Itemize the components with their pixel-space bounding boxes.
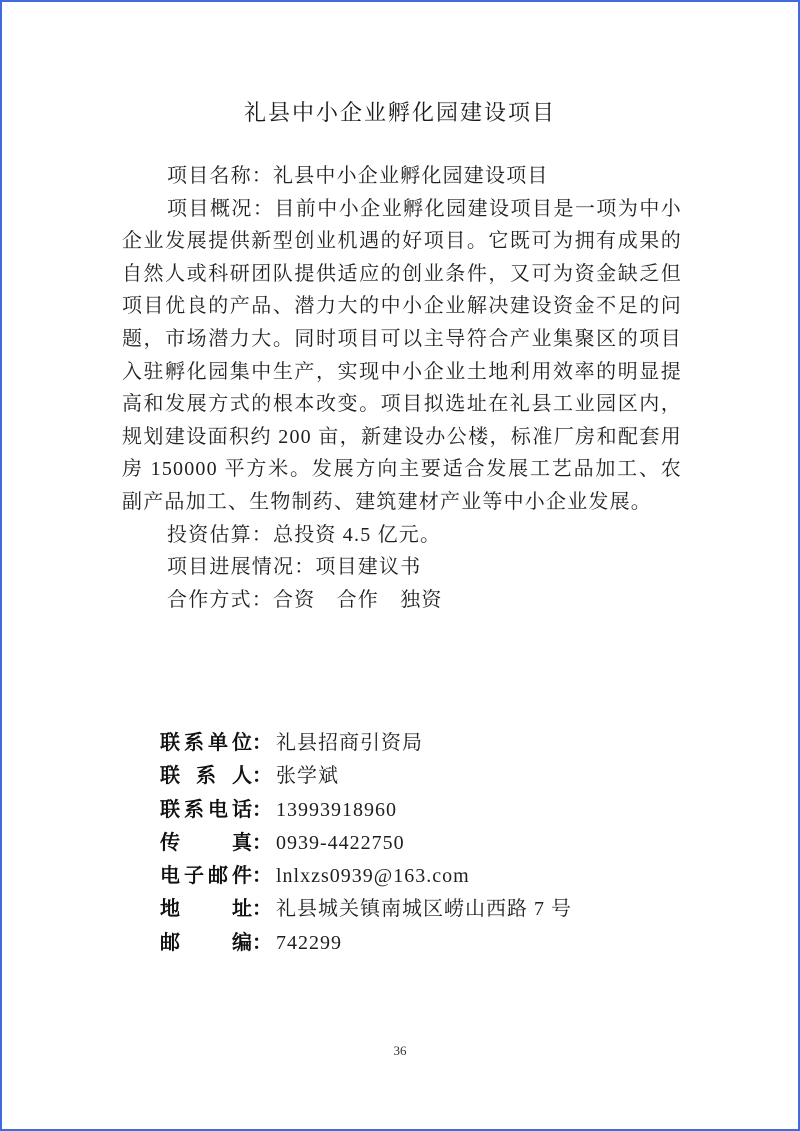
contact-value: 礼县招商引资局 [276,732,423,754]
contact-value: lnlxzs0939@163.com [276,865,470,887]
contact-row-phone: 联系电话：13993918960 [160,794,680,827]
contact-label: 电子邮件 [160,860,252,893]
contact-colon: ： [252,932,272,954]
contact-label: 联系人 [160,760,252,793]
contact-row-person: 联系人：张学斌 [160,760,680,793]
contact-label: 地址 [160,893,252,926]
cooperation-mode-line: 合作方式：合资 合作 独资 [122,584,682,617]
contact-row-unit: 联系单位：礼县招商引资局 [160,727,680,760]
body-line: 项目概况：目前中小企业孵化园建设项目是一项为中小 [122,193,682,226]
body-line: 题，市场潜力大。同时项目可以主导符合产业集聚区的项目 [122,323,682,356]
contact-value: 742299 [276,932,342,954]
contact-value: 张学斌 [276,765,339,787]
body-line: 入驻孵化园集中生产，实现中小企业土地利用效率的明显提 [122,356,682,389]
body-line: 高和发展方式的根本改变。项目拟选址在礼县工业园区内， [122,388,682,421]
contact-info: 联系单位：礼县招商引资局 联系人：张学斌 联系电话：13993918960 传真… [160,727,680,960]
body-line: 项目优良的产品、潜力大的中小企业解决建设资金不足的问 [122,290,682,323]
contact-value: 13993918960 [276,799,397,821]
body-text: 项目名称：礼县中小企业孵化园建设项目 项目概况：目前中小企业孵化园建设项目是一项… [122,160,682,616]
project-progress-line: 项目进展情况：项目建议书 [122,551,682,584]
contact-colon: ： [252,832,272,854]
contact-value: 0939-4422750 [276,832,405,854]
contact-colon: ： [252,732,272,754]
investment-estimate-line: 投资估算：总投资 4.5 亿元。 [122,519,682,552]
contact-label: 联系电话 [160,794,252,827]
body-line: 房 150000 平方米。发展方向主要适合发展工艺品加工、农 [122,453,682,486]
contact-colon: ： [252,765,272,787]
page-title: 礼县中小企业孵化园建设项目 [2,98,798,128]
body-line: 副产品加工、生物制药、建筑建材产业等中小企业发展。 [122,486,682,519]
contact-colon: ： [252,865,272,887]
contact-row-fax: 传真：0939-4422750 [160,827,680,860]
contact-colon: ： [252,799,272,821]
body-line: 规划建设面积约 200 亩，新建设办公楼，标准厂房和配套用 [122,421,682,454]
contact-row-postcode: 邮编：742299 [160,927,680,960]
contact-colon: ： [252,898,272,920]
body-line: 项目名称：礼县中小企业孵化园建设项目 [122,160,682,193]
document-page: 礼县中小企业孵化园建设项目 项目名称：礼县中小企业孵化园建设项目 项目概况：目前… [0,0,800,1131]
body-line: 自然人或科研团队提供适应的创业条件，又可为资金缺乏但 [122,258,682,291]
contact-label: 传真 [160,827,252,860]
contact-label: 邮编 [160,927,252,960]
body-line: 企业发展提供新型创业机遇的好项目。它既可为拥有成果的 [122,225,682,258]
page-number: 36 [2,1043,798,1059]
contact-value: 礼县城关镇南城区崂山西路 7 号 [276,898,572,920]
contact-row-email: 电子邮件：lnlxzs0939@163.com [160,860,680,893]
contact-label: 联系单位 [160,727,252,760]
contact-row-address: 地址：礼县城关镇南城区崂山西路 7 号 [160,893,680,926]
